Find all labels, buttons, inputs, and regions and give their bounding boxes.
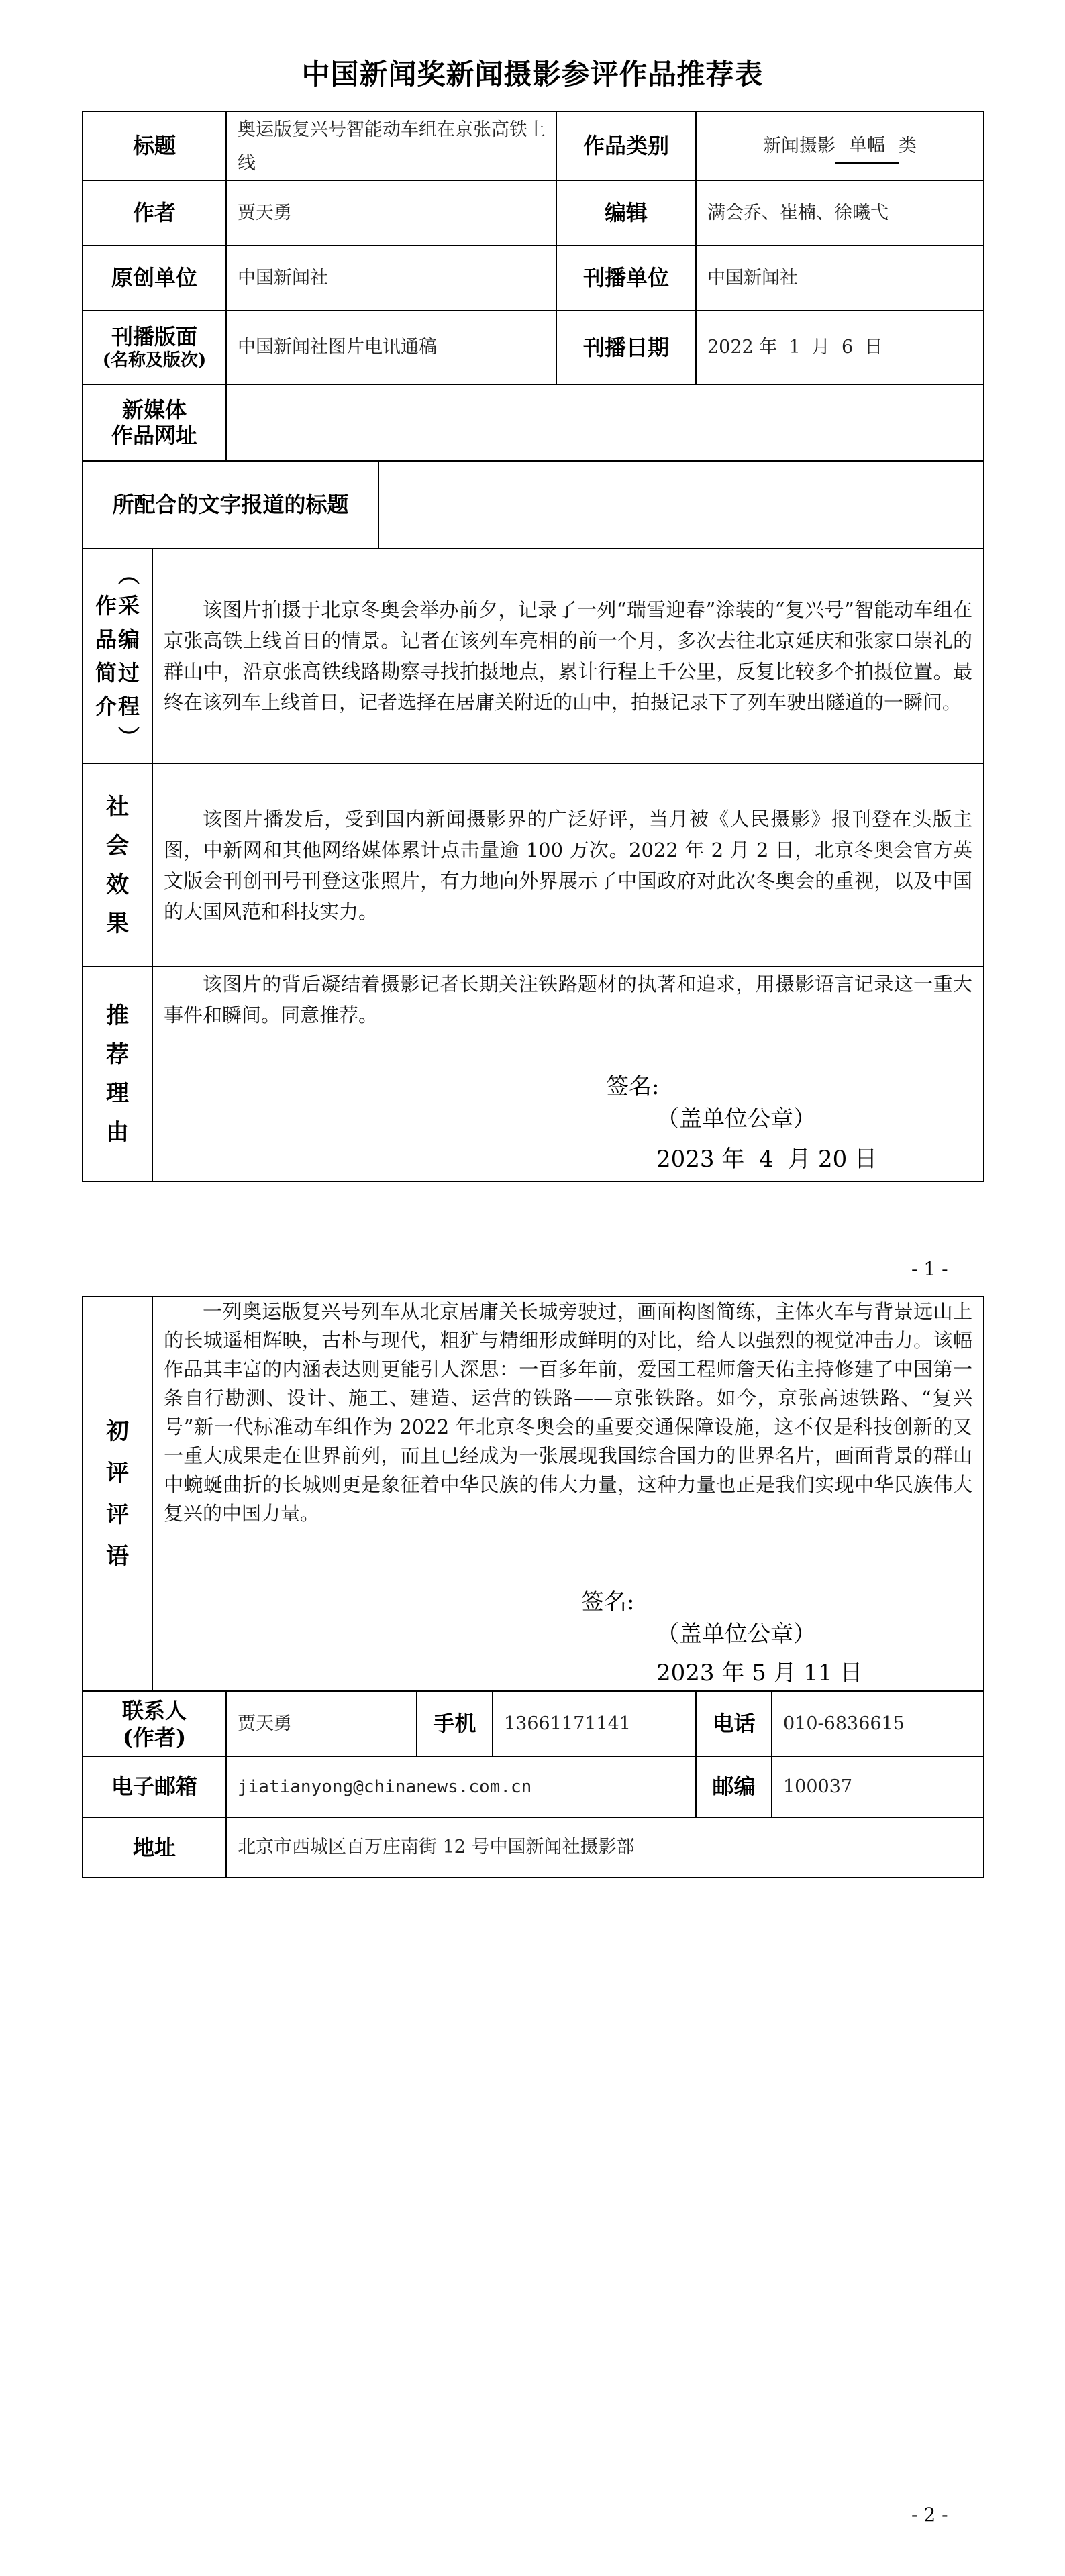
new-media-label: 新媒体 作品网址: [82, 384, 227, 462]
paren-close: ︶: [118, 723, 140, 751]
publish-unit-value: 中国新闻社: [695, 245, 984, 311]
intro-label-col2: ︵ 采 编 过 程 ︶: [118, 561, 140, 751]
initial-review-seal-label: （盖单位公章）: [656, 1615, 816, 1648]
page-number-1: - 1 -: [911, 1258, 948, 1280]
recommendation-text: 该图片的背后凝结着摄影记者长期关注铁路题材的执著和追求，用摄影语言记录这一重大事…: [164, 969, 972, 1030]
publish-page-label: 刊播版面 (名称及版次): [82, 310, 227, 385]
postcode-value: 100037: [771, 1756, 984, 1818]
author-value: 贾天勇: [225, 180, 557, 246]
recommendation-date: 2023 年 4 月 20 日: [656, 1140, 877, 1173]
contact-person-label-line1: 联系人: [122, 1697, 187, 1724]
text-report-label: 所配合的文字报道的标题: [82, 460, 379, 549]
new-media-url-value: [225, 384, 984, 462]
editor-label: 编辑: [556, 180, 697, 246]
address-label: 地址: [82, 1817, 227, 1878]
mobile-value: 13661171141: [492, 1690, 697, 1757]
title-value: 奥运版复兴号智能动车组在京张高铁上线: [225, 111, 557, 181]
social-effect-text: 该图片播发后，受到国内新闻摄影界的广泛好评，当月被《人民摄影》报刊登在头版主图，…: [164, 804, 972, 927]
phone-label: 电话: [695, 1690, 772, 1757]
category-label: 作品类别: [556, 111, 697, 181]
page-number-2: - 2 -: [911, 2504, 948, 2526]
paren-open: ︵: [118, 561, 140, 589]
email-value: jiatianyong@chinanews.com.cn: [225, 1756, 697, 1818]
intro-label: 作 品 简 介 ︵ 采 编 过 程 ︶: [82, 548, 153, 764]
original-unit-label: 原创单位: [82, 245, 227, 311]
initial-review-date: 2023 年 5 月 11 日: [656, 1654, 862, 1687]
initial-review-label: 初 评 评 语: [82, 1296, 153, 1692]
initial-review-text: 一列奥运版复兴号列车从北京居庸关长城旁驶过，画面构图简练，主体火车与背景远山上的…: [164, 1297, 972, 1528]
intro-label-col1: 作 品 简 介: [95, 561, 117, 723]
text-report-value: [378, 460, 984, 549]
social-effect-label: 社 会 效 果: [82, 763, 153, 967]
editor-value: 满会乔、崔楠、徐曦弋: [695, 180, 984, 246]
title-value-text: 奥运版复兴号智能动车组在京张高铁上线: [238, 113, 546, 180]
intro-text-cell: 该图片拍摄于北京冬奥会举办前夕，记录了一列“瑞雪迎春”涂装的“复兴号”智能动车组…: [152, 548, 984, 764]
postcode-label: 邮编: [695, 1756, 772, 1818]
recommendation-label: 推 荐 理 由: [82, 966, 153, 1182]
address-value: 北京市西城区百万庄南街 12 号中国新闻社摄影部: [225, 1817, 984, 1878]
publish-page-value: 中国新闻社图片电讯通稿: [225, 310, 557, 385]
contact-person-value: 贾天勇: [225, 1690, 417, 1757]
initial-review-signature-label: 签名:: [581, 1583, 634, 1616]
mobile-label: 手机: [416, 1690, 493, 1757]
intro-text: 该图片拍摄于北京冬奥会举办前夕，记录了一列“瑞雪迎春”涂装的“复兴号”智能动车组…: [164, 594, 972, 718]
publish-date-label: 刊播日期: [556, 310, 697, 385]
document-title: 中国新闻奖新闻摄影参评作品推荐表: [0, 52, 1065, 93]
email-label: 电子邮箱: [82, 1756, 227, 1818]
category-prefix: 新闻摄影: [763, 129, 835, 163]
category-suffix: 类: [899, 129, 917, 163]
original-unit-value: 中国新闻社: [225, 245, 557, 311]
contact-person-label: 联系人 (作者): [82, 1690, 227, 1757]
title-label: 标题: [82, 111, 227, 181]
social-effect-cell: 该图片播发后，受到国内新闻摄影界的广泛好评，当月被《人民摄影》报刊登在头版主图，…: [152, 763, 984, 967]
new-media-label-line2: 作品网址: [111, 423, 197, 448]
publish-page-label-sub: (名称及版次): [103, 350, 207, 371]
publish-unit-label: 刊播单位: [556, 245, 697, 311]
initial-review-cell: 一列奥运版复兴号列车从北京居庸关长城旁驶过，画面构图简练，主体火车与背景远山上的…: [152, 1296, 984, 1692]
contact-person-label-line2: (作者): [123, 1724, 186, 1751]
category-type-field: 单幅: [835, 129, 899, 164]
phone-value: 010-6836615: [771, 1690, 984, 1757]
author-label: 作者: [82, 180, 227, 246]
recommendation-seal-label: （盖单位公章）: [656, 1100, 816, 1133]
recommendation-signature-label: 签名:: [606, 1068, 659, 1101]
publish-page-label-main: 刊播版面: [111, 324, 197, 350]
category-value: 新闻摄影 单幅 类: [695, 111, 984, 181]
new-media-label-line1: 新媒体: [122, 397, 187, 423]
publish-date-value: 2022 年 1 月 6 日: [695, 310, 984, 385]
